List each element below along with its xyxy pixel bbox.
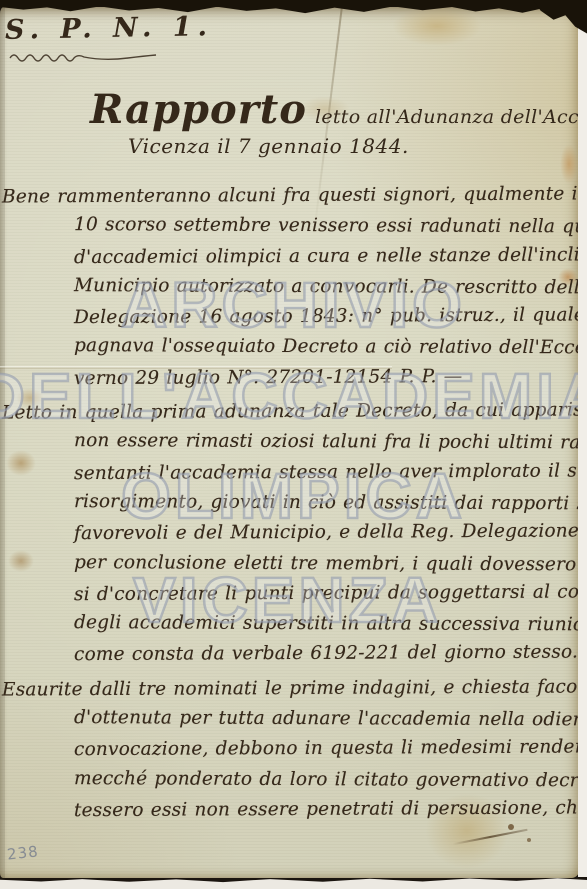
manuscript-scan: S. P. N. 1. Rapportoletto all'Adunanza d… <box>0 0 587 889</box>
manuscript-line: tessero essi non essere penetrati di per… <box>2 793 574 826</box>
manuscript-line: convocazione, debbono in questa li medes… <box>2 733 574 766</box>
ink-speck-2 <box>527 838 531 842</box>
folio-number: 238 <box>6 842 39 863</box>
title-word-rapporto: Rapporto <box>90 86 307 133</box>
manuscript-line: d'ottenuta per tutta adunare l'accademia… <box>2 703 574 736</box>
archival-mark: S. P. N. 1. <box>5 11 213 46</box>
manuscript-line: 10 scorso settembre venissero essi radun… <box>2 210 574 243</box>
watermark-vicenza: VICENZA <box>0 568 581 632</box>
manuscript-line: mecché ponderato da loro il citato gover… <box>2 763 574 796</box>
stain-right-edge-2 <box>560 144 578 184</box>
dateline: Vicenza il 7 gennaio 1844. <box>128 134 409 158</box>
manuscript-line: come consta da verbale 6192-221 del gior… <box>2 638 574 671</box>
watermark-archivio: ARCHIVIO <box>0 273 587 337</box>
manuscript-line: Bene rammenteranno alcuni fra questi sig… <box>2 180 574 213</box>
report-title: Rapportoletto all'Adunanza dell'Accademi… <box>90 86 587 133</box>
underline-flourish <box>8 50 158 62</box>
paragraph-3: Esaurite dalli tre nominati le prime ind… <box>2 674 574 825</box>
manuscript-line: Esaurite dalli tre nominati le prime ind… <box>2 672 574 705</box>
stain-top-right <box>392 6 482 46</box>
watermark-dellaccademia: DELL'ACCADEMIA <box>0 364 587 428</box>
watermark-olimpica: OLIMPICA <box>0 464 587 528</box>
scanner-edge-right <box>578 26 587 877</box>
title-subtext: letto all'Adunanza dell'Accademia <box>315 106 587 128</box>
